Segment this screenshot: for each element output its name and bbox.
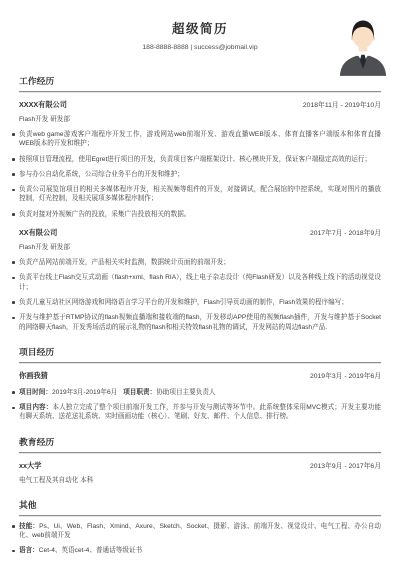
- education-entry-head: xx大学 2013年9月 - 2017年6月: [19, 461, 381, 472]
- resume-page: 超级简历 188-8888-8888 | success@jobmail.vip…: [0, 0, 400, 566]
- work-dates: 2017年7月 - 2018年9月: [310, 229, 381, 239]
- project-time-label: 项目时间：: [19, 389, 52, 396]
- work-bullet: 负责公司展览馆项目的相关多媒体程序开发，相关视频等组件的开发，对接调试，配合展馆…: [19, 185, 381, 204]
- project-name: 你画我猜: [19, 371, 48, 381]
- resume-header: 超级简历 188-8888-8888 | success@jobmail.vip: [19, 22, 381, 52]
- contact-info: 188-8888-8888 | success@jobmail.vip: [19, 43, 381, 52]
- project-entry: 你画我猜 2019年3月 - 2019年6月 项目时间：2019年3月-2019…: [19, 371, 381, 422]
- project-bullet-time: 项目时间：2019年3月-2019年6月项目职责：协助项目主要负责人: [19, 388, 381, 397]
- job-role: Flash开发 研发部: [19, 115, 381, 124]
- skills-item: 技能：Ps、Ui、Web、Flash、Xmind、Axure、Sketch、So…: [19, 522, 381, 541]
- project-time-text: 2019年3月-2019年6月: [52, 389, 117, 396]
- company-name: XX有限公司: [19, 228, 57, 238]
- avatar: [336, 18, 390, 76]
- other-list: 技能：Ps、Ui、Web、Flash、Xmind、Axure、Sketch、So…: [19, 522, 381, 556]
- work-entry-head: XXXX有限公司 2018年11月 - 2019年10月: [19, 100, 381, 111]
- project-duty-text: 协助项目主要负责人: [156, 389, 215, 396]
- work-bullet: 负责对接对外视频广告的投放，采集广告投放相关的数据。: [19, 210, 381, 219]
- project-bullet-list: 项目时间：2019年3月-2019年6月项目职责：协助项目主要负责人 项目内容：…: [19, 388, 381, 422]
- project-entry-head: 你画我猜 2019年3月 - 2019年6月: [19, 371, 381, 382]
- project-content-text: 本人独立完成了整个项目前端开发工作，并参与开发与测试等环节中。此系统整体采用MV…: [19, 404, 381, 420]
- section-work: 工作经历 XXXX有限公司 2018年11月 - 2019年10月 Flash开…: [19, 76, 381, 332]
- section-title-work: 工作经历: [19, 76, 381, 92]
- work-bullet: 负责平台线上Flash交互式动画（flash+xml、flash RIA），线上…: [19, 273, 381, 292]
- project-dates: 2019年3月 - 2019年6月: [310, 372, 381, 382]
- work-entry-head: XX有限公司 2017年7月 - 2018年9月: [19, 228, 381, 239]
- project-content-label: 项目内容：: [19, 404, 52, 411]
- work-bullet: 负责产品网站前端开发，产品相关实时监测，数据统计页面的前端开发；: [19, 258, 381, 267]
- company-name: XXXX有限公司: [19, 100, 67, 110]
- language-item: 语言：Cet-4、英语cet-4、普通话等级证书: [19, 546, 381, 555]
- section-other: 其他 技能：Ps、Ui、Web、Flash、Xmind、Axure、Sketch…: [19, 500, 381, 556]
- education-dates: 2013年9月 - 2017年6月: [310, 462, 381, 472]
- work-entry: XX有限公司 2017年7月 - 2018年9月 Flash开发 研发部 负责产…: [19, 228, 381, 332]
- work-bullet: 负责儿童互动社区网络游戏和网络语言学习平台的开发和维护，Flash引导页动画的制…: [19, 298, 381, 307]
- school-name: xx大学: [19, 461, 41, 471]
- candidate-name: 超级简历: [19, 22, 381, 37]
- job-role: Flash开发 研发部: [19, 243, 381, 252]
- education-entry: xx大学 2013年9月 - 2017年6月 电气工程及其自动化 本科: [19, 461, 381, 485]
- language-text: Cet-4、英语cet-4、普通话等级证书: [39, 547, 142, 554]
- work-bullet: 参与办公自动化系统，公司综合业务平台的开发和维护；: [19, 170, 381, 179]
- section-education: 教育经历 xx大学 2013年9月 - 2017年6月 电气工程及其自动化 本科: [19, 437, 381, 485]
- section-title-other: 其他: [19, 500, 381, 516]
- project-duty-label: 项目职责：: [123, 389, 156, 396]
- section-title-project: 项目经历: [19, 347, 381, 363]
- work-bullet-list: 负责产品网站前端开发，产品相关实时监测，数据统计页面的前端开发； 负责平台线上F…: [19, 258, 381, 332]
- work-bullet: 开发与维护基于RTMP协议的flash视频直播端和接收端的flash，开发移动A…: [19, 313, 381, 332]
- work-bullet-list: 负责web game游戏客户端程序开发工作，游戏网站web前端开发、游戏直播WE…: [19, 130, 381, 219]
- project-bullet-content: 项目内容：本人独立完成了整个项目前端开发工作，并参与开发与测试等环节中。此系统整…: [19, 403, 381, 422]
- section-project: 项目经历 你画我猜 2019年3月 - 2019年6月 项目时间：2019年3月…: [19, 347, 381, 422]
- skills-label: 技能：: [19, 523, 39, 530]
- language-label: 语言：: [19, 547, 39, 554]
- work-bullet: 负责web game游戏客户端程序开发工作，游戏网站web前端开发、游戏直播WE…: [19, 130, 381, 149]
- education-major: 电气工程及其自动化 本科: [19, 476, 381, 485]
- work-dates: 2018年11月 - 2019年10月: [303, 101, 381, 111]
- work-bullet: 按照项目管理流程，使用Egret进行项目的开发，负责项目客户端框架设计、核心模块…: [19, 155, 381, 164]
- work-entry: XXXX有限公司 2018年11月 - 2019年10月 Flash开发 研发部…: [19, 100, 381, 219]
- section-title-education: 教育经历: [19, 437, 381, 453]
- skills-text: Ps、Ui、Web、Flash、Xmind、Axure、Sketch、Socke…: [19, 523, 381, 539]
- avatar-illustration: [336, 18, 390, 76]
